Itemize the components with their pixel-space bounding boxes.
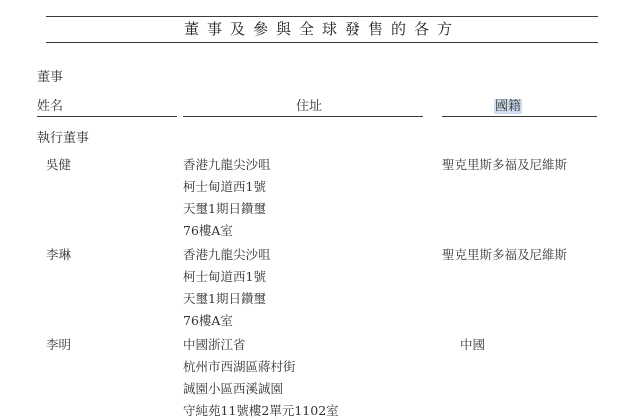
- page-title: 董事及參與全球發售的各方: [46, 17, 598, 41]
- director-address: 中國浙江省 杭州市西湖區蔣村街 誠園小區西溪誠園 守純苑11號樓2單元1102室: [183, 334, 339, 420]
- subsection-heading: 執行董事: [37, 127, 89, 146]
- address-line: 香港九龍尖沙咀: [183, 244, 271, 266]
- header-rule-nationality: [442, 116, 597, 117]
- column-header-address: 住址: [296, 95, 322, 114]
- address-line: 柯士甸道西1號: [183, 176, 271, 198]
- address-line: 柯士甸道西1號: [183, 266, 271, 288]
- section-heading: 董事: [37, 66, 63, 85]
- director-nationality: 中國: [460, 334, 485, 356]
- column-header-name: 姓名: [37, 95, 63, 114]
- address-line: 76樓A室: [183, 310, 271, 332]
- selected-text[interactable]: 國籍: [494, 99, 522, 114]
- director-nationality: 聖克里斯多福及尼維斯: [442, 244, 567, 266]
- address-line: 天璽1期日鑽璽: [183, 288, 271, 310]
- director-name: 李琳: [46, 244, 71, 266]
- director-name: 李明: [46, 334, 71, 356]
- address-line: 天璽1期日鑽璽: [183, 198, 271, 220]
- header-rule-address: [183, 116, 423, 117]
- director-address: 香港九龍尖沙咀 柯士甸道西1號 天璽1期日鑽璽 76樓A室: [183, 244, 271, 332]
- address-line: 守純苑11號樓2單元1102室: [183, 400, 339, 420]
- header-rule-name: [37, 116, 177, 117]
- address-line: 香港九龍尖沙咀: [183, 154, 271, 176]
- director-name: 吳健: [46, 154, 71, 176]
- title-bottom-rule: [46, 42, 598, 43]
- address-line: 76樓A室: [183, 220, 271, 242]
- address-line: 杭州市西湖區蔣村街: [183, 356, 339, 378]
- address-line: 誠園小區西溪誠園: [183, 378, 339, 400]
- director-address: 香港九龍尖沙咀 柯士甸道西1號 天璽1期日鑽璽 76樓A室: [183, 154, 271, 242]
- column-header-nationality: 國籍: [494, 95, 522, 114]
- director-nationality: 聖克里斯多福及尼維斯: [442, 154, 567, 176]
- address-line: 中國浙江省: [183, 334, 339, 356]
